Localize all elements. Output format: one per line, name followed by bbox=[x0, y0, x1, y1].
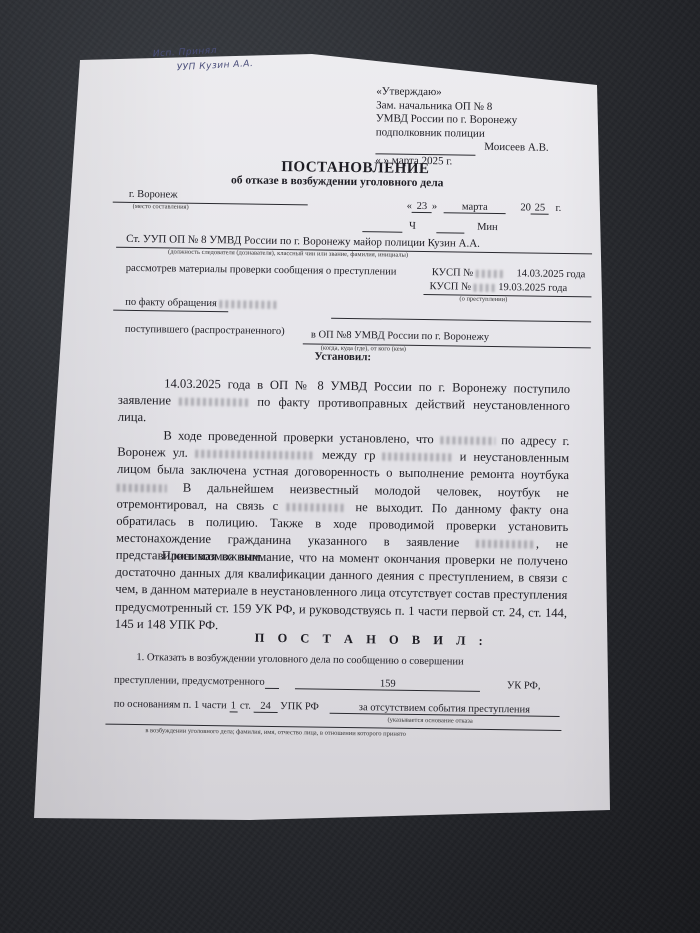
signature-blank bbox=[375, 139, 475, 155]
established-heading: Установил: bbox=[315, 351, 372, 364]
date-day: 23 bbox=[412, 201, 432, 213]
place: г. Воронеж bbox=[129, 189, 178, 201]
kusp-caption: (о преступлении) bbox=[459, 296, 507, 304]
date-month: марта bbox=[444, 201, 506, 214]
kusp-1-date: 14.03.2025 года bbox=[516, 268, 585, 280]
kusp-1: КУСП № 14.03.2025 года bbox=[432, 267, 586, 280]
date-year-prefix: 20 bbox=[520, 202, 531, 213]
approval-block: «Утверждаю» Зам. начальника ОП № 8 УМВД … bbox=[375, 85, 549, 169]
item1-c: по основаниям п. 1 части bbox=[114, 699, 227, 712]
review-text: рассмотрев материалы проверки сообщения … bbox=[126, 263, 397, 278]
item1-upk: УПК РФ bbox=[280, 701, 319, 713]
item1-b: преступлении, предусмотренного bbox=[114, 675, 265, 688]
time-fields: Ч Мин bbox=[362, 220, 497, 234]
redacted-applicant-2 bbox=[476, 540, 536, 549]
item1-line-b: преступлении, предусмотренного 159 УК РФ… bbox=[114, 675, 541, 693]
fact-line: по факту обращения bbox=[125, 297, 279, 310]
item1-st-value: 24 bbox=[253, 701, 277, 713]
paragraph-1: 14.03.2025 года в ОП № 8 УМВД России по … bbox=[118, 375, 571, 433]
received-value: в ОП №8 УМВД России по г. Воронежу bbox=[311, 329, 489, 342]
document: Исп. Принял УУП Кузин А.А. «Утверждаю» З… bbox=[0, 0, 700, 933]
minute-blank bbox=[436, 221, 464, 233]
item1-part: 1 bbox=[229, 700, 237, 712]
resolved-heading: П О С Т А Н О В И Л : bbox=[255, 631, 488, 649]
fact-rule-1 bbox=[113, 310, 228, 313]
para2-c: между гр bbox=[322, 448, 376, 463]
redacted-party bbox=[287, 503, 347, 512]
item1-code: УК РФ, bbox=[507, 680, 541, 691]
place-caption: (место составления) bbox=[133, 203, 189, 211]
document-subtitle: об отказе в возбуждении уголовного дела bbox=[231, 174, 444, 189]
item1-reason-caption: (указывается основание отказа bbox=[387, 717, 472, 725]
approval-name: Моисеев А.В. bbox=[484, 141, 549, 154]
item1-line-a: 1. Отказать в возбуждении уголовного дел… bbox=[136, 652, 463, 668]
kusp-2-label: КУСП № bbox=[430, 281, 472, 293]
handwritten-note-line1: Исп. Принял bbox=[153, 46, 218, 60]
document-date: «23» марта 2025 г. bbox=[407, 201, 562, 215]
handwritten-note-line2: УУП Кузин А.А. bbox=[176, 59, 253, 73]
item1-article: 159 bbox=[295, 677, 480, 692]
kusp-2: КУСП № 19.03.2025 года bbox=[430, 281, 568, 294]
redacted-citizen-name bbox=[382, 453, 452, 462]
item1-reason: за отсутствием события преступления bbox=[329, 702, 559, 717]
hour-label: Ч bbox=[409, 221, 416, 232]
fact-rule-2 bbox=[331, 318, 591, 323]
date-year: 25 bbox=[531, 203, 549, 215]
item1-line-c: по основаниям п. 1 части 1 ст. 24 УПК РФ… bbox=[114, 699, 560, 717]
date-year-unit: г. bbox=[555, 203, 561, 214]
item1-st: ст. bbox=[240, 700, 251, 711]
minute-label: Мин bbox=[477, 222, 498, 233]
footer-caption: в возбуждении уголовного дела; фамилия, … bbox=[145, 727, 406, 738]
redacted-date bbox=[440, 436, 495, 445]
fact-label: по факту обращения bbox=[125, 297, 217, 309]
redacted-laptop-model bbox=[117, 483, 167, 492]
item1-blank-1 bbox=[265, 677, 279, 689]
redacted-kusp-1-number bbox=[476, 269, 506, 277]
hour-blank bbox=[362, 220, 402, 233]
redacted-applicant-name bbox=[219, 300, 279, 309]
kusp-1-label: КУСП № bbox=[432, 267, 474, 279]
redacted-applicant bbox=[179, 398, 249, 407]
kusp-2-date: 19.03.2025 года bbox=[498, 282, 567, 294]
paragraph-3: Принимая во внимание, что на момент окон… bbox=[115, 547, 568, 639]
para2-a: В ходе проведенной проверки установлено,… bbox=[163, 428, 433, 446]
redacted-kusp-2-number bbox=[474, 283, 496, 291]
redacted-address bbox=[195, 450, 315, 460]
received-label: поступившего (распространенного) bbox=[125, 324, 285, 337]
kusp-rule bbox=[423, 294, 591, 297]
